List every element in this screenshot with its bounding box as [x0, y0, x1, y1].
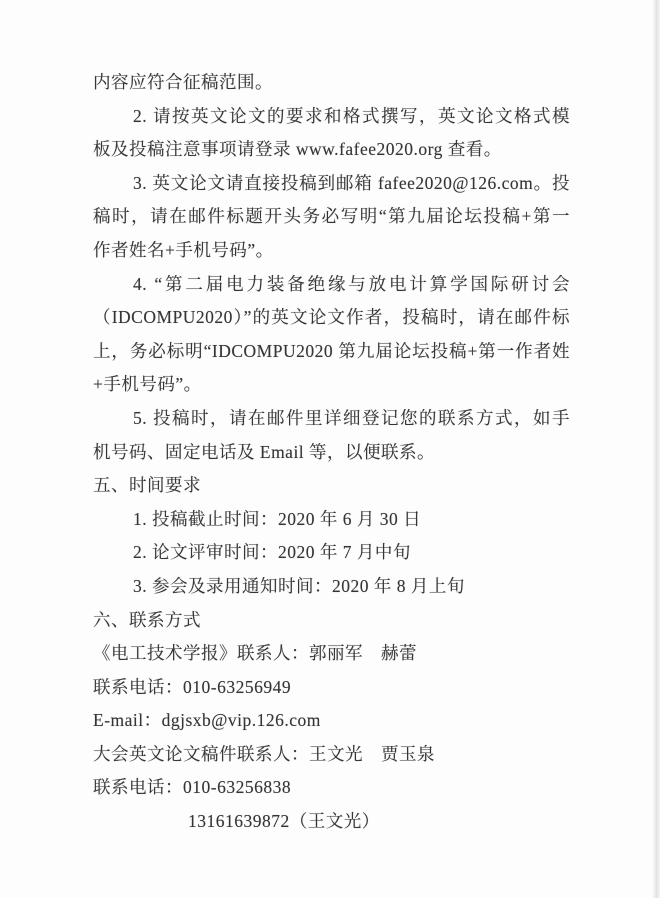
list-item-line: 2. 论文评审时间：2020 年 7 月中旬 — [93, 536, 570, 570]
text-line: 5. 投稿时，请在邮件里详细登记您的联系方式，如手 — [93, 402, 570, 436]
document-page: 内容应符合征稿范围。 2. 请按英文论文的要求和格式撰写，英文论文格式模 板及投… — [0, 0, 660, 898]
document-body: 内容应符合征稿范围。 2. 请按英文论文的要求和格式撰写，英文论文格式模 板及投… — [93, 66, 570, 839]
list-item-line: 1. 投稿截止时间：2020 年 6 月 30 日 — [93, 503, 570, 537]
contact-phone-line: 联系电话：010-63256838 — [93, 771, 570, 805]
text-line: 4. “第二届电力装备绝缘与放电计算学国际研讨会 — [93, 268, 570, 302]
contact-line: 大会英文论文稿件联系人：王文光 贾玉泉 — [93, 738, 570, 772]
section-heading-line: 六、联系方式 — [93, 604, 570, 638]
text-line: +手机号码”。 — [93, 368, 570, 402]
scan-page-edge — [652, 0, 660, 898]
text-line: 作者姓名+手机号码”。 — [93, 234, 570, 268]
text-line: 稿时，请在邮件标题开头务必写明“第九届论坛投稿+第一 — [93, 200, 570, 234]
text-line: 板及投稿注意事项请登录 www.fafee2020.org 查看。 — [93, 133, 570, 167]
text-line: 内容应符合征稿范围。 — [93, 66, 570, 100]
contact-line: 《电工技术学报》联系人：郭丽军 赫蕾 — [93, 637, 570, 671]
contact-phone-line: 联系电话：010-63256949 — [93, 671, 570, 705]
section-heading-line: 五、时间要求 — [93, 469, 570, 503]
text-line: 3. 英文论文请直接投稿到邮箱 fafee2020@126.com。投 — [93, 167, 570, 201]
text-line: 上，务必标明“IDCOMPU2020 第九届论坛投稿+第一作者姓名 — [93, 335, 570, 369]
text-line: 2. 请按英文论文的要求和格式撰写，英文论文格式模 — [93, 100, 570, 134]
text-line: （IDCOMPU2020）”的英文论文作者，投稿时，请在邮件标题 — [93, 301, 570, 335]
list-item-line: 3. 参会及录用通知时间：2020 年 8 月上旬 — [93, 570, 570, 604]
text-line: 机号码、固定电话及 Email 等，以便联系。 — [93, 436, 570, 470]
contact-email-line: E-mail：dgjsxb@vip.126.com — [93, 704, 570, 738]
phone-continuation-line: 13161639872（王文光） — [93, 805, 570, 839]
